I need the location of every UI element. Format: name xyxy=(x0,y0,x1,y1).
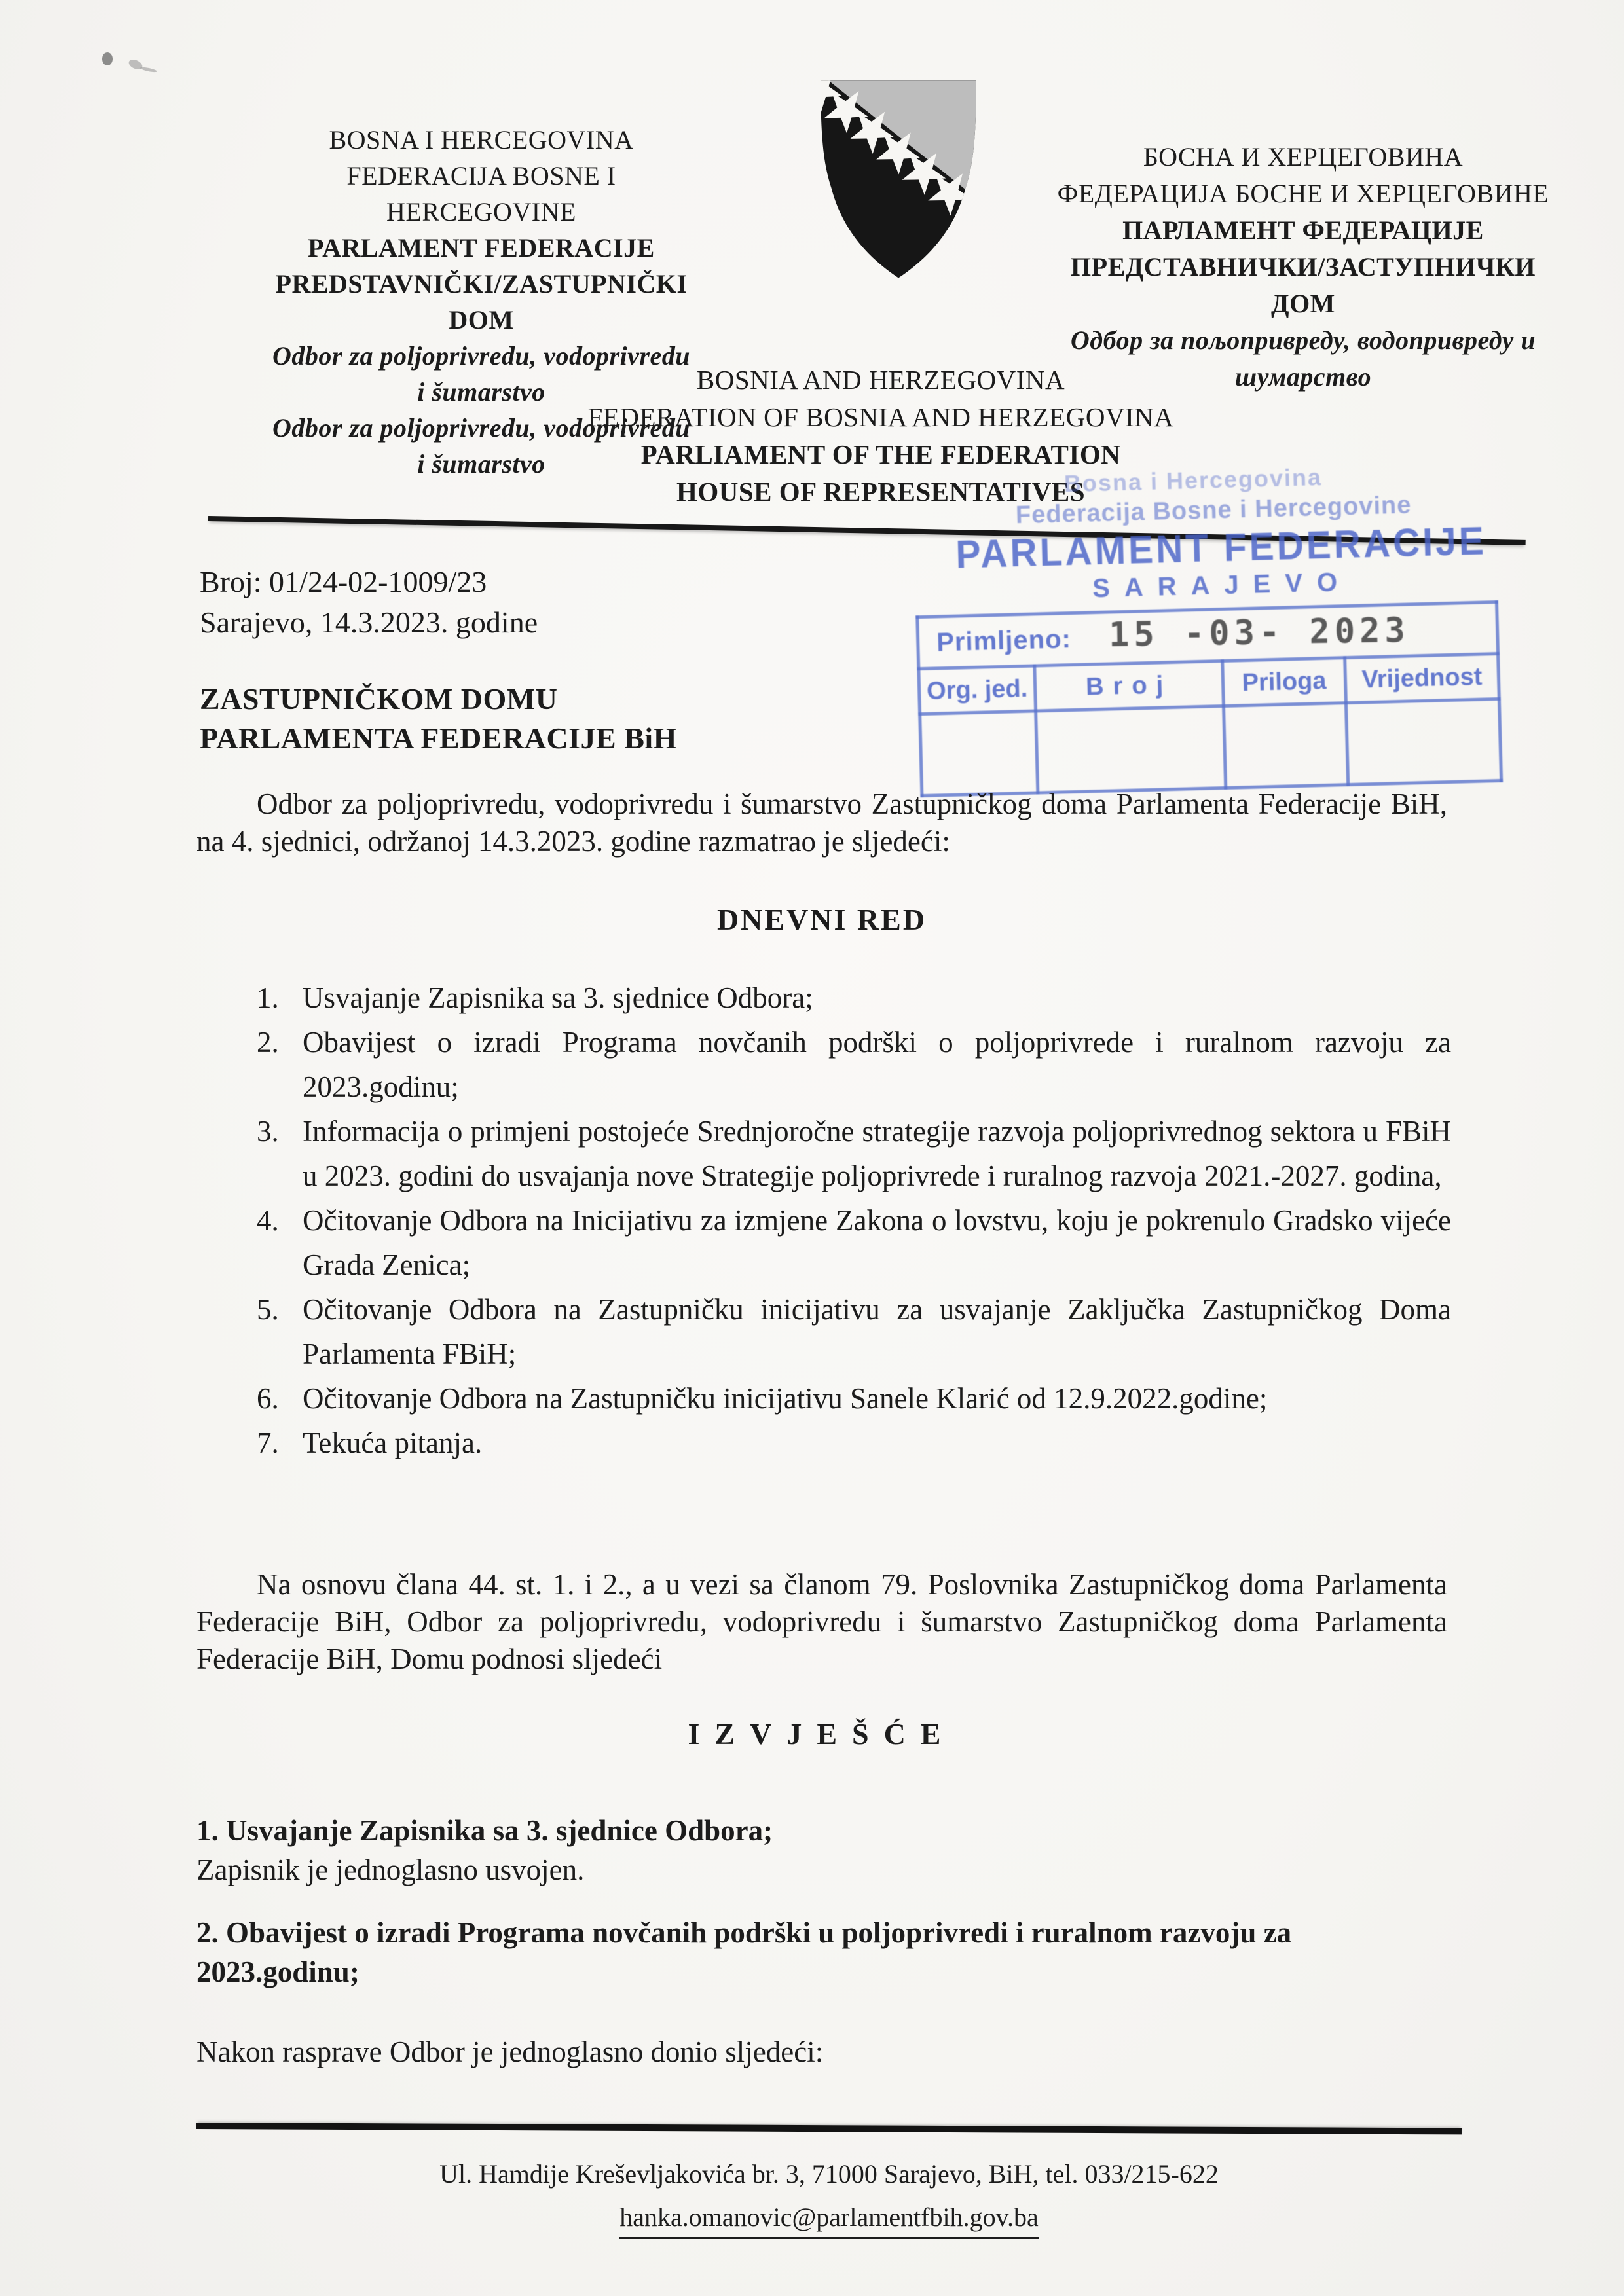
parliament-name: PARLAMENT FEDERACIJE xyxy=(252,230,710,266)
stamp-empty-cell xyxy=(1223,703,1348,788)
agenda-item-number: 4. xyxy=(257,1198,303,1287)
stamp-col-broj: Broj xyxy=(1035,661,1224,711)
scan-speck xyxy=(102,52,113,65)
agenda-item: 2. Obavijest o izradi Programa novčanih … xyxy=(257,1020,1451,1109)
stamp-col-priloga: Priloga xyxy=(1223,658,1346,706)
legal-basis-paragraph: Na osnovu člana 44. st. 1. i 2., a u vez… xyxy=(196,1566,1447,1678)
agenda-item-text: Očitovanje Odbora na Zastupničku inicija… xyxy=(303,1376,1451,1421)
agenda-item-text: Usvajanje Zapisnika sa 3. sjednice Odbor… xyxy=(303,975,1451,1020)
date-received-stamp: 15 -03- 2023 xyxy=(1109,611,1411,655)
report-section-1-heading: 1. Usvajanje Zapisnika sa 3. sjednice Od… xyxy=(196,1811,1447,1850)
agenda-item: 3. Informacija o primjeni postojeće Sred… xyxy=(257,1109,1451,1198)
footer-divider-rule xyxy=(196,2123,1462,2134)
stamp-col-org-jed: Org. jed. xyxy=(919,666,1036,714)
scanned-document-page: BOSNA I HERCEGOVINA FEDERACIJA BOSNE I H… xyxy=(0,0,1624,2296)
agenda-title: DNEVNI RED xyxy=(196,902,1447,937)
agenda-item-text: Očitovanje Odbora na Zastupničku inicija… xyxy=(303,1287,1451,1376)
report-title: IZVJEŠĆE xyxy=(196,1717,1447,1751)
stamp-empty-cell xyxy=(920,711,1038,796)
recipient-block: ZASTUPNIČKOM DOMU PARLAMENTA FEDERACIJE … xyxy=(200,680,677,758)
receipt-stamp: Bosna i Hercegovina Federacija Bosne i H… xyxy=(908,450,1538,794)
federation-name: FEDERACIJA BOSNE I HERCEGOVINE xyxy=(252,158,710,230)
agenda-item-text: Tekuća pitanja. xyxy=(303,1421,1451,1465)
stamp-empty-cell xyxy=(1346,699,1501,784)
reference-block: Broj: 01/24-02-1009/23 Sarajevo, 14.3.20… xyxy=(200,562,538,643)
bih-coat-of-arms-icon xyxy=(810,73,987,288)
agenda-item: 5. Očitovanje Odbora na Zastupničku inic… xyxy=(257,1287,1451,1376)
recipient-line-1: ZASTUPNIČKOM DOMU xyxy=(200,680,677,719)
agenda-item-number: 6. xyxy=(257,1376,303,1421)
parliament-name-cyr: ПАРЛАМЕНТ ФЕДЕРАЦИЈЕ xyxy=(1041,212,1565,249)
country-name-en: BOSNIA AND HERZEGOVINA xyxy=(553,361,1208,399)
report-section-2-body: Nakon rasprave Odbor je jednoglasno doni… xyxy=(196,2035,1447,2069)
agenda-item: 1. Usvajanje Zapisnika sa 3. sjednice Od… xyxy=(257,975,1451,1020)
reference-place-date: Sarajevo, 14.3.2023. godine xyxy=(200,602,538,643)
recipient-line-2: PARLAMENTA FEDERACIJE BiH xyxy=(200,719,677,758)
agenda-item-text: Informacija o primjeni postojeće Srednjo… xyxy=(303,1109,1451,1198)
stamp-col-vrijednost: Vrijednost xyxy=(1345,653,1500,702)
report-section-2-heading: 2. Obavijest o izradi Programa novčanih … xyxy=(196,1913,1434,1992)
report-section-1-body: Zapisnik je jednoglasno usvojen. xyxy=(196,1853,1447,1887)
agenda-item-text: Obavijest o izradi Programa novčanih pod… xyxy=(303,1020,1451,1109)
agenda-item-number: 2. xyxy=(257,1020,303,1109)
federation-name-en: FEDERATION OF BOSNIA AND HERZEGOVINA xyxy=(553,399,1208,436)
agenda-item-number: 7. xyxy=(257,1421,303,1465)
agenda-item: 7. Tekuća pitanja. xyxy=(257,1421,1451,1465)
agenda-item-number: 1. xyxy=(257,975,303,1020)
house-name: PREDSTAVNIČKI/ZASTUPNIČKI DOM xyxy=(252,266,710,338)
agenda-item: 4. Očitovanje Odbora na Inicijativu za i… xyxy=(257,1198,1451,1287)
agenda-item-text: Očitovanje Odbora na Inicijativu za izmj… xyxy=(303,1198,1451,1287)
footer-email-link[interactable]: hanka.omanovic@parlamentfbih.gov.ba xyxy=(619,2200,1039,2239)
agenda-item-number: 3. xyxy=(257,1109,303,1198)
stamp-empty-cell xyxy=(1036,706,1226,792)
agenda-list: 1. Usvajanje Zapisnika sa 3. sjednice Od… xyxy=(257,975,1451,1465)
agenda-item-number: 5. xyxy=(257,1287,303,1376)
country-name-cyr: БОСНА И ХЕРЦЕГОВИНА xyxy=(1041,139,1565,175)
footer-block: Ul. Hamdije Kreševljakovića br. 3, 71000… xyxy=(196,2157,1462,2239)
agenda-item: 6. Očitovanje Odbora na Zastupničku inic… xyxy=(257,1376,1451,1421)
scan-speck xyxy=(140,66,157,73)
letterhead-serbian-block: БОСНА И ХЕРЦЕГОВИНА ФЕДЕРАЦИЈА БОСНЕ И Х… xyxy=(1041,139,1565,395)
country-name: BOSNA I HERCEGOVINA xyxy=(252,122,710,158)
footer-address: Ul. Hamdije Kreševljakovića br. 3, 71000… xyxy=(196,2157,1462,2192)
intro-paragraph: Odbor za poljoprivredu, vodoprivredu i š… xyxy=(196,786,1447,860)
house-name-cyr: ПРЕДСТАВНИЧКИ/ЗАСТУПНИЧКИ ДОМ xyxy=(1041,249,1565,322)
reference-number: Broj: 01/24-02-1009/23 xyxy=(200,562,538,602)
federation-name-cyr: ФЕДЕРАЦИЈА БОСНЕ И ХЕРЦЕГОВИНЕ xyxy=(1041,175,1565,212)
